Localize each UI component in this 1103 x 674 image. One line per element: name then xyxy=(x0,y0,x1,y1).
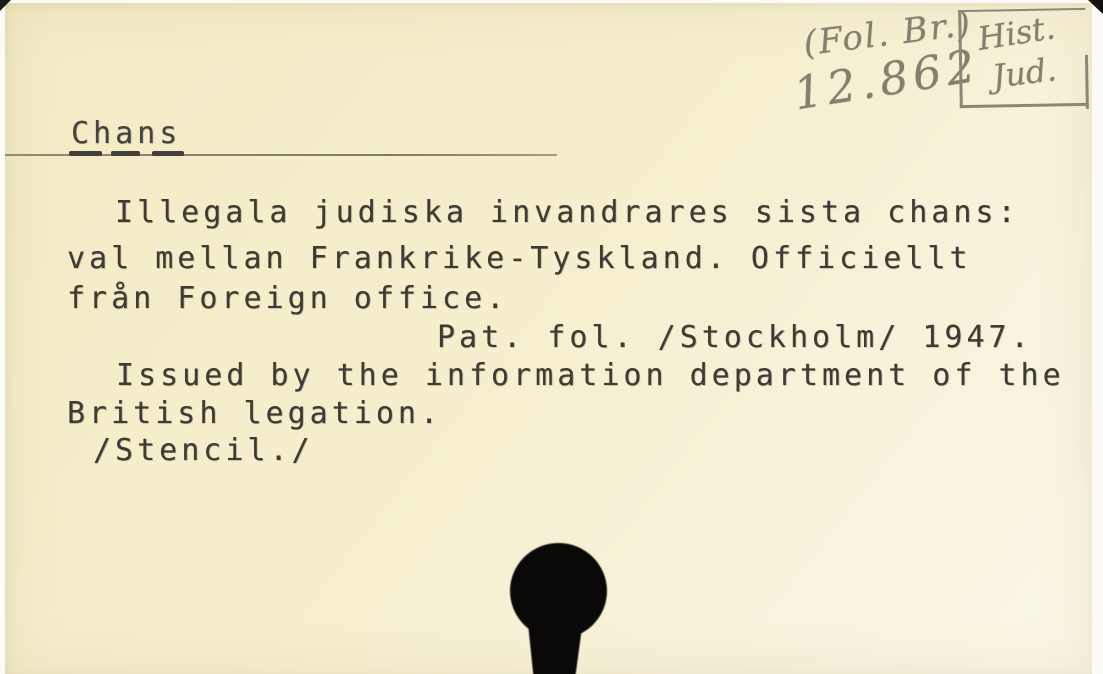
catalog-card-scan: (Fol. Br.) 12.862 Hist. Jud. Chans Illeg… xyxy=(0,0,1103,674)
heading-underline-dash xyxy=(152,151,184,156)
catalog-card: (Fol. Br.) 12.862 Hist. Jud. Chans Illeg… xyxy=(5,3,1092,674)
body-line: från Foreign office. xyxy=(67,284,508,314)
card-heading: Chans xyxy=(71,119,181,149)
body-line: /Stencil./ xyxy=(93,436,314,466)
heading-underline-dash xyxy=(69,151,102,156)
body-line: British legation. xyxy=(67,399,442,429)
body-line: val mellan Frankrike-Tyskland. Officiell… xyxy=(67,244,972,274)
subject-box-line-1: Hist. xyxy=(976,11,1058,55)
subject-classification-box: Hist. Jud. xyxy=(958,8,1087,108)
body-line-imprint: Pat. fol. /Stockholm/ 1947. xyxy=(437,323,1033,353)
scan-corner-top-right xyxy=(1088,0,1103,14)
punch-hole-stem xyxy=(526,621,584,674)
heading-underline-dash xyxy=(111,151,140,156)
subject-box-right-border xyxy=(1085,54,1089,108)
body-line: Illegala judiska invandrares sista chans… xyxy=(115,198,1020,228)
subject-box-line-2: Jud. xyxy=(991,53,1059,93)
body-line: Issued by the information department of … xyxy=(116,361,1065,391)
scan-corner-top-left xyxy=(0,0,11,11)
